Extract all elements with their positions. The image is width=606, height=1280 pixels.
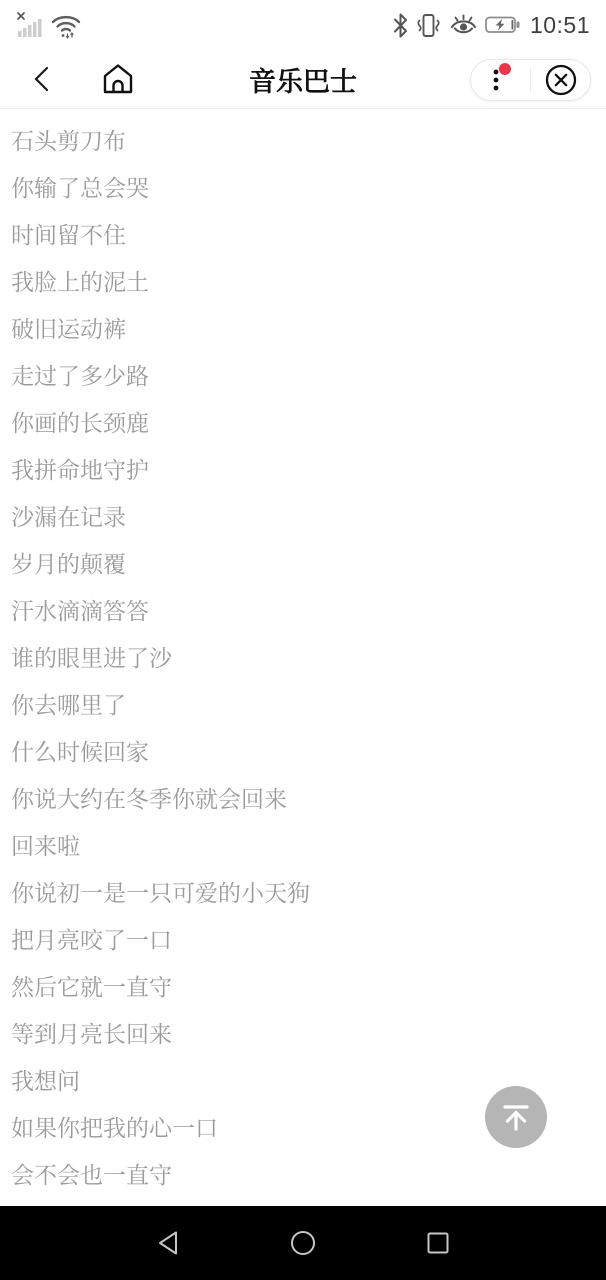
browser-capsule <box>470 59 591 101</box>
close-button[interactable] <box>531 60 590 100</box>
lyrics-list: 石头剪刀布 你输了总会哭 时间留不住 我脸上的泥土 破旧运动裤 走过了多少路 你… <box>0 110 606 1199</box>
lyric-line: 岁月的颠覆 <box>11 541 596 588</box>
lyric-line: 汗水滴滴答答 <box>11 588 596 635</box>
lyric-line: 石头剪刀布 <box>11 118 596 165</box>
back-to-top-button[interactable] <box>485 1086 547 1148</box>
lyric-line: 什么时候回家 <box>11 729 596 776</box>
nav-back-button[interactable] <box>155 1229 181 1257</box>
lyric-line: 走过了多少路 <box>11 353 596 400</box>
notification-badge <box>499 63 511 75</box>
menu-dots-icon <box>487 62 515 98</box>
lyric-line: 谁的眼里进了沙 <box>11 635 596 682</box>
android-nav-bar <box>0 1206 606 1280</box>
home-icon <box>99 61 137 97</box>
lyric-line: 你画的长颈鹿 <box>11 400 596 447</box>
wifi-icon <box>50 11 82 39</box>
home-button[interactable] <box>96 50 140 108</box>
eye-comfort-icon <box>448 12 479 38</box>
lyric-line: 沙漏在记录 <box>11 494 596 541</box>
lyric-line: 你说大约在冬季你就会回来 <box>11 776 596 823</box>
back-triangle-icon <box>156 1229 180 1257</box>
battery-charging-icon <box>485 15 521 35</box>
phone-screen: 10:51 音乐巴士 <box>0 0 606 1280</box>
lyric-line: 你去哪里了 <box>11 682 596 729</box>
back-chevron-icon <box>30 63 54 95</box>
nav-recents-button[interactable] <box>425 1229 451 1257</box>
vibrate-icon <box>415 12 442 39</box>
status-left-icons <box>16 11 82 39</box>
browser-header: 音乐巴士 <box>0 50 606 109</box>
lyric-line: 破旧运动裤 <box>11 306 596 353</box>
lyric-line: 然后它就一直守 <box>11 964 596 1011</box>
status-right-icons: 10:51 <box>392 12 590 39</box>
lyric-line: 你说初一是一只可爱的小天狗 <box>11 870 596 917</box>
lyric-line: 回来啦 <box>11 823 596 870</box>
home-circle-icon <box>289 1229 317 1257</box>
arrow-to-top-icon <box>498 1099 534 1135</box>
back-button[interactable] <box>22 50 62 108</box>
lyric-line: 把月亮咬了一口 <box>11 917 596 964</box>
lyric-line: 等到月亮长回来 <box>11 1011 596 1058</box>
no-signal-icon <box>16 11 43 39</box>
recents-square-icon <box>424 1229 452 1257</box>
lyric-line: 我脸上的泥土 <box>11 259 596 306</box>
status-time: 10:51 <box>530 12 590 39</box>
lyric-line: 会不会也一直守 <box>11 1152 596 1199</box>
lyric-line: 你输了总会哭 <box>11 165 596 212</box>
lyric-line: 时间留不住 <box>11 212 596 259</box>
nav-home-button[interactable] <box>290 1229 316 1257</box>
menu-button[interactable] <box>471 60 530 100</box>
close-icon <box>544 63 578 97</box>
lyric-line: 我拼命地守护 <box>11 447 596 494</box>
bluetooth-icon <box>392 12 409 39</box>
status-bar: 10:51 <box>0 0 606 50</box>
